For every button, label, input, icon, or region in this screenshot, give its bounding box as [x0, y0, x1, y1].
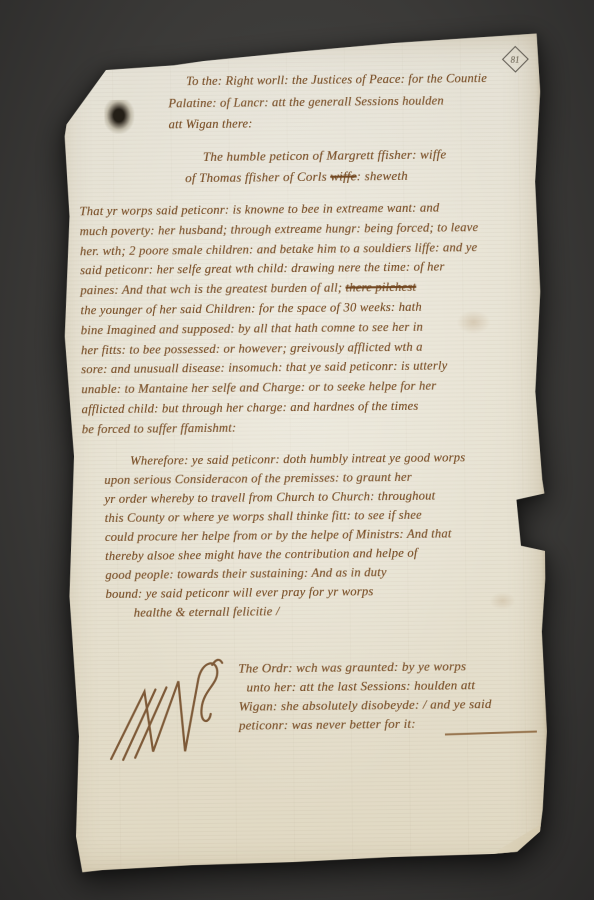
manuscript-line: unto her: att the last Sessions: houlden…	[246, 675, 491, 697]
manuscript-line: be forced to suffer ffamishmt:	[82, 416, 481, 440]
corner-fold-bottom-right	[490, 817, 548, 858]
line-segment: : sheweth	[356, 167, 407, 183]
folio-number: 81	[511, 54, 520, 64]
manuscript-line: Wherefore: ye said peticonr: doth humbly…	[130, 448, 465, 471]
manuscript-line: thereby alsoe shee might have the contri…	[105, 543, 466, 566]
manuscript-page: 81 To the: Right worll: the Justices of …	[54, 31, 549, 878]
manuscript-line: unable: to Mantaine her selfe and Charge…	[81, 376, 480, 400]
manuscript-line: Palatine: of Lancr: att the generall Ses…	[168, 90, 487, 115]
petition-body-block: That yr worps said peticonr: is knowne t…	[79, 198, 480, 440]
manuscript-line: of Thomas ffisher of Corls wiffe: shewet…	[185, 165, 447, 188]
order-note-block: The Ordr: wch was graunted: by ye worps …	[238, 656, 492, 735]
manuscript-line: healthe & eternall felicitie /	[134, 600, 467, 622]
photo-background: 81 To the: Right worll: the Justices of …	[0, 0, 594, 900]
petition-title-block: The humble peticon of Margrett ffisher: …	[185, 144, 447, 188]
corner-fold-top-left	[54, 36, 111, 103]
pen-flourish	[100, 653, 226, 776]
manuscript-line: To the: Right worll: the Justices of Pea…	[186, 68, 487, 93]
line-segment: of Thomas ffisher of Corls	[185, 168, 330, 185]
paper-sheet: 81 To the: Right worll: the Justices of …	[54, 31, 549, 878]
line-segment: paines: And that wch is the greatest bur…	[80, 281, 345, 298]
deleted-phrase: there pilchest	[345, 280, 416, 295]
deleted-word: wiffe	[330, 168, 356, 183]
address-block: To the: Right worll: the Justices of Pea…	[168, 68, 488, 136]
manuscript-line: The Ordr: wch was graunted: by ye worps	[238, 656, 491, 678]
manuscript-line: The humble peticon of Margrett ffisher: …	[203, 144, 447, 167]
prayer-block: Wherefore: ye said peticonr: doth humbly…	[104, 448, 467, 623]
manuscript-line: att Wigan there:	[168, 111, 487, 136]
worm-hole	[104, 100, 134, 134]
folio-number-stamp: 81	[502, 46, 529, 73]
paper-stain	[489, 592, 515, 610]
manuscript-line: Wigan: she absolutely disobeyde: / and y…	[239, 694, 492, 716]
manuscript-line: peticonr: was never better for it:	[239, 713, 492, 735]
